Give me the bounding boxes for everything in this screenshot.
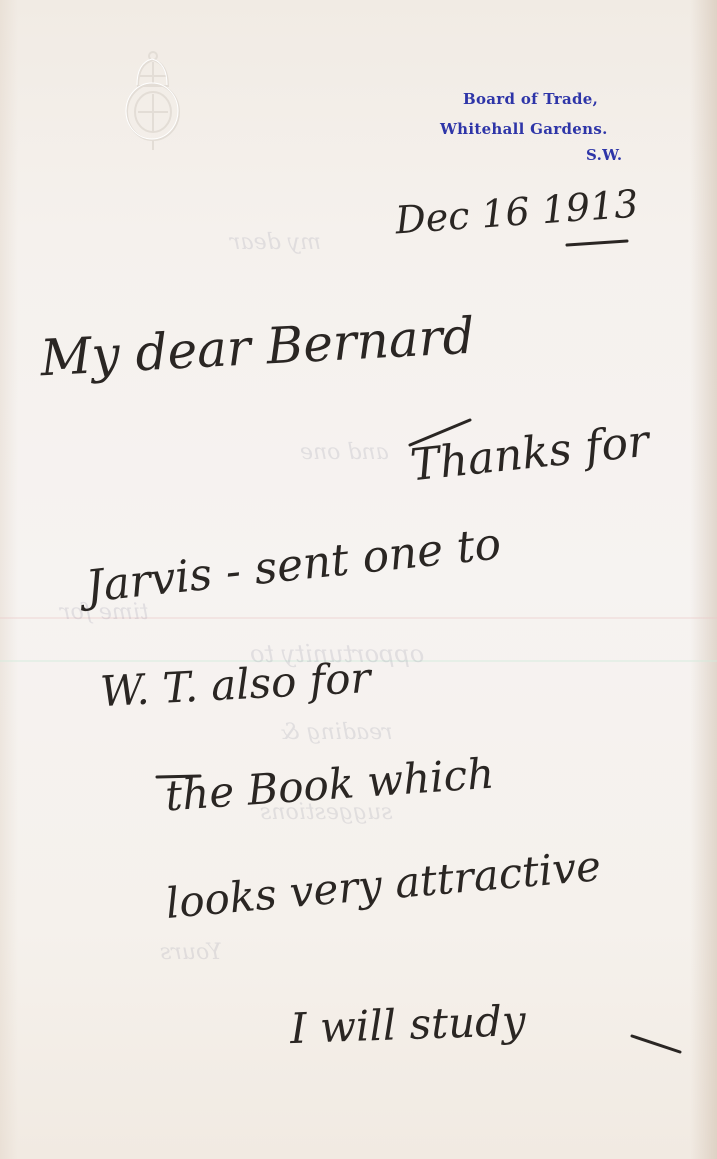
date-underline [567,241,627,245]
pen-flourishes [0,0,717,1159]
letter-page: my dear and one time for opportunity to … [0,0,717,1159]
